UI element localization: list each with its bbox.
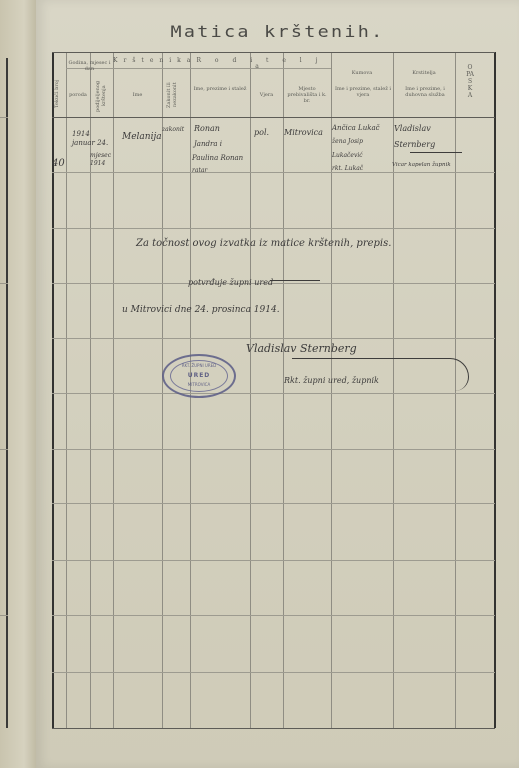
entry-parents-line3: Paulina Ronan (192, 154, 243, 162)
entry-parents-line1: Ronan (194, 124, 220, 133)
entry-priest-line1: Vladislav (394, 124, 431, 133)
header-godparents-sub: Ime i prezime, stalež i vjera (334, 86, 392, 98)
entry-godparents-line1: Ančica Lukač (332, 124, 380, 132)
facing-page-edge (0, 0, 40, 768)
header-legitimacy: Zakonit ili nezakonit (166, 78, 186, 112)
header-birth-date: poroda (66, 92, 90, 98)
stamp-top-text: RKT. ŽUPNI URED (164, 363, 234, 368)
entry-legitimacy: zakonit (162, 126, 184, 133)
certification-line3: u Mitrovici dne 24. prosinca 1914. (122, 305, 280, 315)
header-child-group: Krštenika (113, 58, 190, 64)
official-stamp: RKT. ŽUPNI URED URED MITROVICA (162, 354, 236, 398)
header-priest: Krstitelja (394, 70, 454, 76)
entry-godparents-line4: rkt. Lukač (332, 165, 363, 172)
entry-number: 40 (52, 158, 65, 169)
header-remarks: OPASKA (466, 64, 474, 99)
entry-residence: Mitrovica (284, 128, 323, 137)
header-entry-number: Tekući broj (54, 76, 64, 112)
entry-godparents-line2: žena Josip (332, 138, 363, 145)
header-residence: Mjesto prebivališta i k. br. (284, 86, 330, 104)
facing-page-rule (0, 615, 8, 616)
signature-underline (410, 152, 462, 153)
entry-baptism-date: mjesec 1914 (90, 152, 114, 168)
facing-page-rule (0, 449, 8, 450)
header-religion: Vjera (250, 92, 283, 98)
entry-child-name: Melanija (122, 132, 162, 142)
header-priest-sub: Ime i prezime, i duhovna služba (396, 86, 454, 98)
stamp-middle-text: URED (164, 372, 234, 379)
certification-line1: Za točnost ovog izvatka iz matice kršten… (136, 238, 391, 249)
header-parents-name: Ime, prezime i stalež (192, 86, 248, 92)
entry-parents-line2: Jandra i (194, 140, 222, 148)
certification-role: Rkt. župni ured, župnik (284, 376, 379, 385)
certification-line2: potvrđuje župni ured (188, 278, 273, 287)
header-baptism-date: podijeljenog krštenja (95, 80, 109, 112)
facing-page-rule (0, 117, 8, 118)
certification-underline (270, 280, 320, 281)
certification-signature: Vladislav Sternberg (246, 342, 357, 355)
entry-priest-line2: Sternberg (394, 140, 435, 149)
header-parents-group: R o d i t e l j a (190, 58, 330, 70)
entry-religion: pol. (254, 128, 269, 137)
facing-page-rule (0, 283, 8, 284)
facing-page-border (6, 58, 8, 728)
page-title: Matica krštenih. (0, 22, 519, 41)
signature-flourish (292, 358, 469, 391)
entry-godparents-line3: Lukačević (332, 152, 363, 159)
header-date-group: Godina, mjesec i dan (66, 60, 113, 72)
stamp-bottom-text: MITROVICA (164, 382, 234, 387)
header-godparents: Kumova (332, 70, 392, 76)
entry-priest-line3: Vicar kapelan župnik (392, 162, 451, 168)
entry-birth-date: 1914 januar 24. (72, 130, 112, 148)
entry-parents-line4: ratar (192, 167, 207, 174)
header-child-name: Ime (113, 92, 162, 98)
